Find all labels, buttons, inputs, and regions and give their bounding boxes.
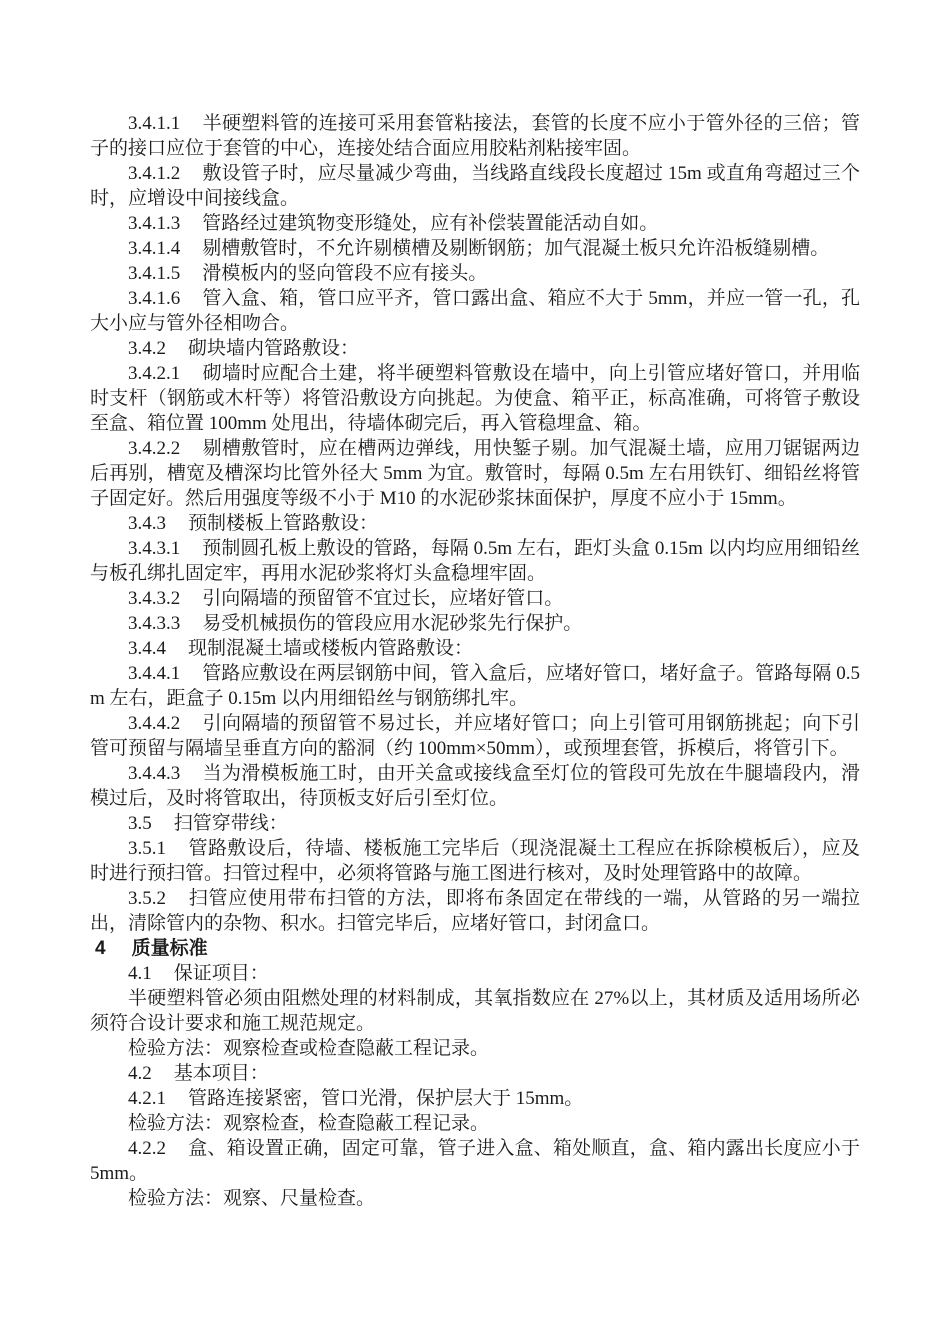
paragraph-text: 引向隔墙的预留管不易过长，并应堵好管口；向上引管可用钢筋挑起；向下引管可预留与隔… [90, 713, 860, 759]
paragraph: 3.4.1.6管入盒、箱，管口应平齐，管口露出盒、箱应不大于 5mm，并应一管一… [90, 286, 860, 336]
section-number: 4 [95, 938, 132, 959]
paragraph-text: 保证项目： [174, 963, 269, 984]
section-number: 3.4.1.5 [128, 263, 202, 284]
paragraph-text: 管入盒、箱，管口应平齐，管口露出盒、箱应不大于 5mm，并应一管一孔，孔大小应与… [90, 288, 860, 334]
section-number: 3.4.1.3 [128, 213, 202, 234]
paragraph-text: 敷设管子时，应尽量减少弯曲，当线路直线段长度超过 15m 或直角弯超过三个时，应… [90, 163, 860, 209]
paragraph: 3.4.1.4剔槽敷管时，不允许剔横槽及剔断钢筋；加气混凝土板只允许沿板缝剔槽。 [90, 236, 860, 261]
paragraph-text: 基本项目： [174, 1063, 269, 1084]
section-number: 3.4.4.2 [128, 713, 202, 734]
section-number: 3.5 [128, 813, 174, 834]
section-number: 3.5.2 [128, 888, 188, 909]
paragraph: 3.4.3.3易受机械损伤的管段应用水泥砂浆先行保护。 [90, 611, 860, 636]
paragraph: 3.4.1.2敷设管子时，应尽量减少弯曲，当线路直线段长度超过 15m 或直角弯… [90, 161, 860, 211]
paragraph: 检验方法：观察检查或检查隐蔽工程记录。 [90, 1036, 860, 1061]
paragraph: 3.4.3.1预制圆孔板上敷设的管路，每隔 0.5m 左右，距灯头盒 0.15m… [90, 536, 860, 586]
section-number: 4.2 [128, 1063, 174, 1084]
paragraph: 检验方法：观察、尺量检查。 [90, 1186, 860, 1211]
section-number: 3.4.2.1 [128, 363, 202, 384]
paragraph-text: 半硬塑料管必须由阻燃处理的材料制成，其氧指数应在 27%以上，其材质及适用场所必… [90, 988, 860, 1034]
paragraph: 3.4.3.2引向隔墙的预留管不宜过长，应堵好管口。 [90, 586, 860, 611]
section-number: 3.5.1 [128, 838, 188, 859]
section-number: 3.4.2 [128, 338, 188, 359]
paragraph: 3.4.2.2剔槽敷管时，应在槽两边弹线，用快錾子剔。加气混凝土墙，应用刀锯锯两… [90, 436, 860, 511]
paragraph-text: 扫管应使用带布扫管的方法，即将布条固定在带线的一端，从管路的另一端拉出，清除管内… [90, 888, 860, 934]
paragraph-text: 管路经过建筑物变形缝处，应有补偿装置能活动自如。 [202, 213, 658, 234]
paragraph: 3.4.4.3当为滑模板施工时，由开关盒或接线盒至灯位的管段可先放在牛腿墙段内，… [90, 761, 860, 811]
paragraph: 3.4.2砌块墙内管路敷设： [90, 336, 860, 361]
paragraph: 3.4.4.1管路应敷设在两层钢筋中间，管入盒后，应堵好管口，堵好盒子。管路每隔… [90, 661, 860, 711]
paragraph-text: 滑模板内的竖向管段不应有接头。 [202, 263, 487, 284]
section-number: 3.4.3 [128, 513, 188, 534]
paragraph: 半硬塑料管必须由阻燃处理的材料制成，其氧指数应在 27%以上，其材质及适用场所必… [90, 986, 860, 1036]
paragraph-text: 扫管穿带线： [174, 813, 288, 834]
paragraph-text: 检验方法：观察检查，检查隐蔽工程记录。 [128, 1113, 489, 1134]
paragraph-text: 剔槽敷管时，应在槽两边弹线，用快錾子剔。加气混凝土墙，应用刀锯锯两边后再别，槽宽… [90, 438, 860, 509]
section-number: 4.1 [128, 963, 174, 984]
paragraph-text: 质量标准 [132, 938, 208, 959]
paragraph: 3.5扫管穿带线： [90, 811, 860, 836]
paragraph-text: 引向隔墙的预留管不宜过长，应堵好管口。 [202, 588, 563, 609]
paragraph: 3.4.1.1半硬塑料管的连接可采用套管粘接法，套管的长度不应小于管外径的三倍；… [90, 111, 860, 161]
paragraph: 3.4.3预制楼板上管路敷设： [90, 511, 860, 536]
paragraph-text: 检验方法：观察检查或检查隐蔽工程记录。 [128, 1038, 489, 1059]
paragraph-text: 预制圆孔板上敷设的管路，每隔 0.5m 左右，距灯头盒 0.15m 以内均应用细… [90, 538, 860, 584]
paragraph: 4.2.2盒、箱设置正确，固定可靠，管子进入盒、箱处顺直，盒、箱内露出长度应小于… [90, 1136, 860, 1186]
paragraph: 3.5.2扫管应使用带布扫管的方法，即将布条固定在带线的一端，从管路的另一端拉出… [90, 886, 860, 936]
paragraph-text: 管路连接紧密，管口光滑，保护层大于 15mm。 [188, 1088, 583, 1109]
section-number: 3.4.1.6 [128, 288, 202, 309]
paragraph-text: 盒、箱设置正确，固定可靠，管子进入盒、箱处顺直，盒、箱内露出长度应小于 5mm。 [90, 1138, 860, 1184]
document-page: 3.4.1.1半硬塑料管的连接可采用套管粘接法，套管的长度不应小于管外径的三倍；… [90, 111, 860, 1211]
section-number: 3.4.4.1 [128, 663, 202, 684]
paragraph-text: 易受机械损伤的管段应用水泥砂浆先行保护。 [202, 613, 582, 634]
paragraph: 3.5.1管路敷设后，待墙、楼板施工完毕后（现浇混凝土工程应在拆除模板后），应及… [90, 836, 860, 886]
section-number: 3.4.4 [128, 638, 188, 659]
paragraph: 4.1保证项目： [90, 961, 860, 986]
section-number: 3.4.1.1 [128, 113, 202, 134]
section-number: 3.4.3.2 [128, 588, 202, 609]
paragraph-text: 半硬塑料管的连接可采用套管粘接法，套管的长度不应小于管外径的三倍；管子的接口应位… [90, 113, 860, 159]
section-number: 3.4.3.1 [128, 538, 202, 559]
section-heading: 4质量标准 [90, 936, 860, 961]
paragraph-text: 预制楼板上管路敷设： [188, 513, 378, 534]
paragraph: 3.4.2.1砌墙时应配合土建，将半硬塑料管敷设在墙中，向上引管应堵好管口，并用… [90, 361, 860, 436]
section-number: 4.2.1 [128, 1088, 188, 1109]
paragraph: 4.2基本项目： [90, 1061, 860, 1086]
section-number: 4.2.2 [128, 1138, 188, 1159]
section-number: 3.4.1.4 [128, 238, 202, 259]
paragraph-text: 砌块墙内管路敷设： [188, 338, 359, 359]
paragraph: 4.2.1管路连接紧密，管口光滑，保护层大于 15mm。 [90, 1086, 860, 1111]
paragraph-text: 管路敷设后，待墙、楼板施工完毕后（现浇混凝土工程应在拆除模板后），应及时进行预扫… [90, 838, 860, 884]
paragraph: 检验方法：观察检查，检查隐蔽工程记录。 [90, 1111, 860, 1136]
section-number: 3.4.2.2 [128, 438, 202, 459]
section-number: 3.4.4.3 [128, 763, 202, 784]
paragraph: 3.4.4.2引向隔墙的预留管不易过长，并应堵好管口；向上引管可用钢筋挑起；向下… [90, 711, 860, 761]
paragraph-text: 剔槽敷管时，不允许剔横槽及剔断钢筋；加气混凝土板只允许沿板缝剔槽。 [202, 238, 829, 259]
paragraph: 3.4.1.5滑模板内的竖向管段不应有接头。 [90, 261, 860, 286]
paragraph: 3.4.4现制混凝土墙或楼板内管路敷设： [90, 636, 860, 661]
paragraph-text: 现制混凝土墙或楼板内管路敷设： [188, 638, 473, 659]
paragraph-text: 砌墙时应配合土建，将半硬塑料管敷设在墙中，向上引管应堵好管口，并用临时支杆（钢筋… [90, 363, 860, 434]
paragraph: 3.4.1.3管路经过建筑物变形缝处，应有补偿装置能活动自如。 [90, 211, 860, 236]
paragraph-text: 检验方法：观察、尺量检查。 [128, 1188, 375, 1209]
paragraph-text: 管路应敷设在两层钢筋中间，管入盒后，应堵好管口，堵好盒子。管路每隔 0.5m 左… [90, 663, 860, 709]
section-number: 3.4.3.3 [128, 613, 202, 634]
paragraph-text: 当为滑模板施工时，由开关盒或接线盒至灯位的管段可先放在牛腿墙段内，滑模过后，及时… [90, 763, 860, 809]
section-number: 3.4.1.2 [128, 163, 202, 184]
